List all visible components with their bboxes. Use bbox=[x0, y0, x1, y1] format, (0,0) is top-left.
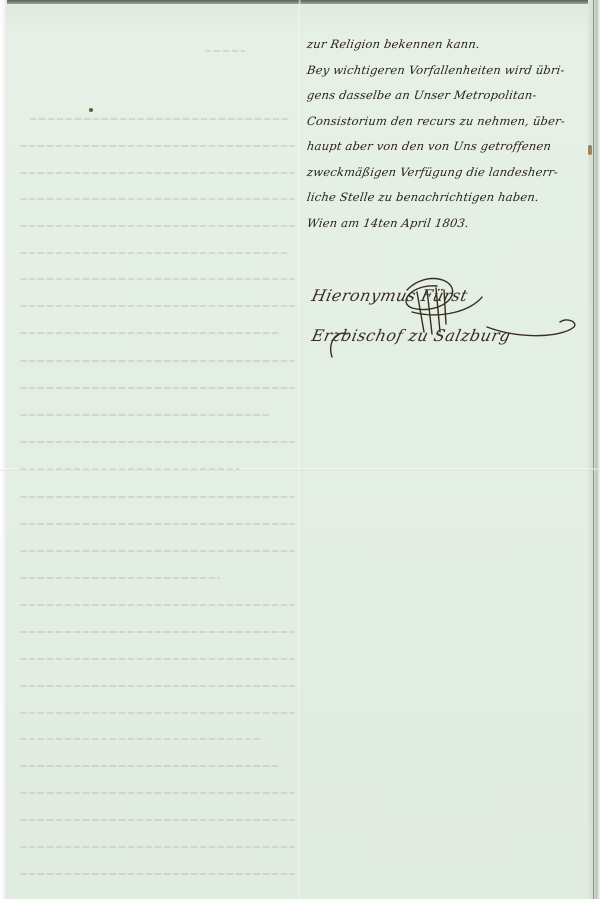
letter-line: zur Religion bekennen kann. bbox=[305, 32, 579, 58]
page-right-edge bbox=[588, 0, 600, 899]
signature: Hieronymus Fürst Erzbischof zu Salzburg bbox=[312, 272, 582, 382]
ink-spot bbox=[89, 108, 93, 112]
letter-line: liche Stelle zu benachrichtigen haben. bbox=[305, 185, 579, 211]
date-line: Wien am 14ten April 1803. bbox=[305, 211, 579, 237]
vertical-fold-line bbox=[298, 0, 301, 899]
letter-line: gens dasselbe an Unser Metropolitan- bbox=[305, 83, 579, 109]
signature-line-2: Erzbischof zu Salzburg bbox=[310, 326, 513, 345]
stain-mark bbox=[588, 145, 592, 155]
letter-body: zur Religion bekennen kann. Bey wichtige… bbox=[307, 32, 577, 236]
letter-line: Bey wichtigeren Vorfallenheiten wird übr… bbox=[305, 58, 579, 84]
letter-line: haupt aber von den von Uns getroffenen bbox=[305, 134, 579, 160]
bleed-through-text-left-column bbox=[10, 30, 295, 890]
page-left-edge bbox=[0, 0, 7, 899]
letter-line: Consistorium den recurs zu nehmen, über- bbox=[305, 109, 579, 135]
letter-line: zweckmäßigen Verfügung die landesherr- bbox=[305, 160, 579, 186]
signature-line-1: Hieronymus Fürst bbox=[310, 286, 470, 305]
